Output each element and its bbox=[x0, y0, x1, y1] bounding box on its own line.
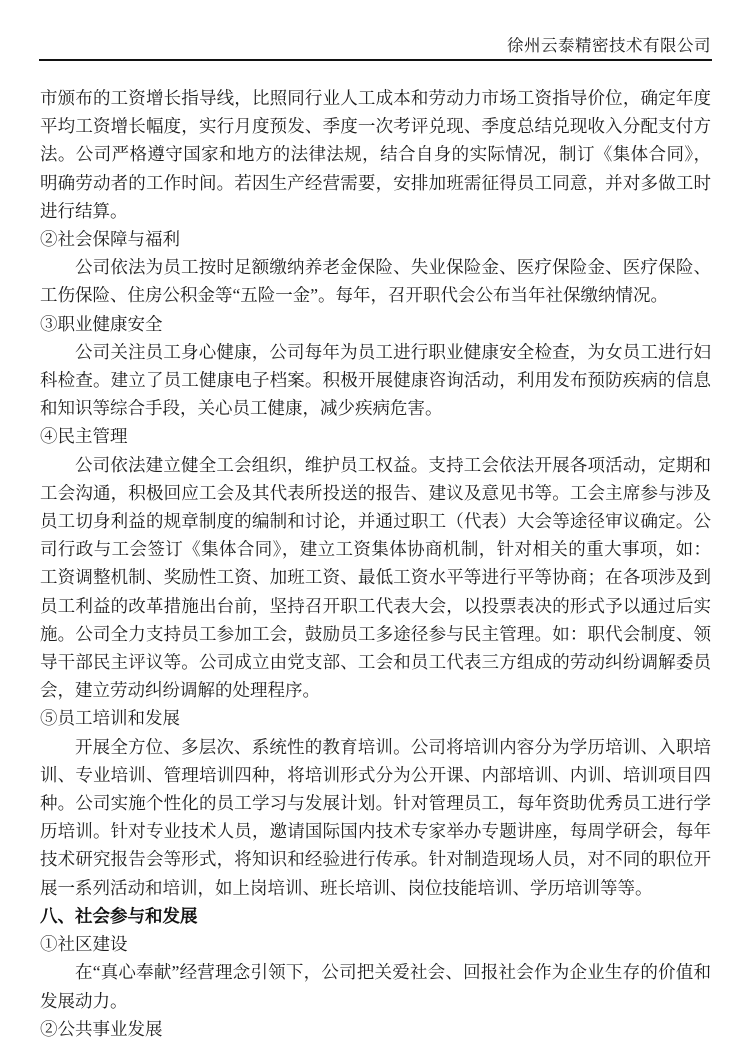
paragraph-social-security: 公司依法为员工按时足额缴纳养老金保险、失业保险金、医疗保险金、医疗保险、工伤保险… bbox=[40, 253, 711, 309]
subheading-social-security: ②社会保障与福利 bbox=[40, 225, 711, 253]
paragraph-occupational-health: 公司关注员工身心健康，公司每年为员工进行职业健康安全检查，为女员工进行妇科检查。… bbox=[40, 338, 711, 423]
subheading-community-building: ①社区建设 bbox=[40, 930, 711, 958]
document-body: 市颁布的工资增长指导线，比照同行业人工成本和劳动力市场工资指导价位，确定年度平均… bbox=[40, 84, 711, 1043]
paragraph-democratic-management: 公司依法建立健全工会组织，维护员工权益。支持工会依法开展各项活动，定期和工会沟通… bbox=[40, 451, 711, 705]
section-heading-social-participation: 八、社会参与和发展 bbox=[40, 902, 711, 930]
paragraph-training-development: 开展全方位、多层次、系统性的教育培训。公司将培训内容分为学历培训、入职培训、专业… bbox=[40, 733, 711, 902]
document-page: 徐州云泰精密技术有限公司 市颁布的工资增长指导线，比照同行业人工成本和劳动力市场… bbox=[0, 0, 750, 1061]
paragraph-community-building: 在“真心奉献”经营理念引领下，公司把关爱社会、回报社会作为企业生存的价值和发展动… bbox=[40, 958, 711, 1014]
subheading-democratic-management: ④民主管理 bbox=[40, 422, 711, 450]
paragraph-continuation: 市颁布的工资增长指导线，比照同行业人工成本和劳动力市场工资指导价位，确定年度平均… bbox=[40, 84, 711, 225]
header-divider bbox=[39, 59, 712, 61]
subheading-occupational-health: ③职业健康安全 bbox=[40, 310, 711, 338]
subheading-public-utilities: ②公共事业发展 bbox=[40, 1015, 711, 1043]
company-name: 徐州云泰精密技术有限公司 bbox=[507, 36, 711, 55]
subheading-training-development: ⑤员工培训和发展 bbox=[40, 704, 711, 732]
page-header: 徐州云泰精密技术有限公司 bbox=[40, 36, 711, 56]
